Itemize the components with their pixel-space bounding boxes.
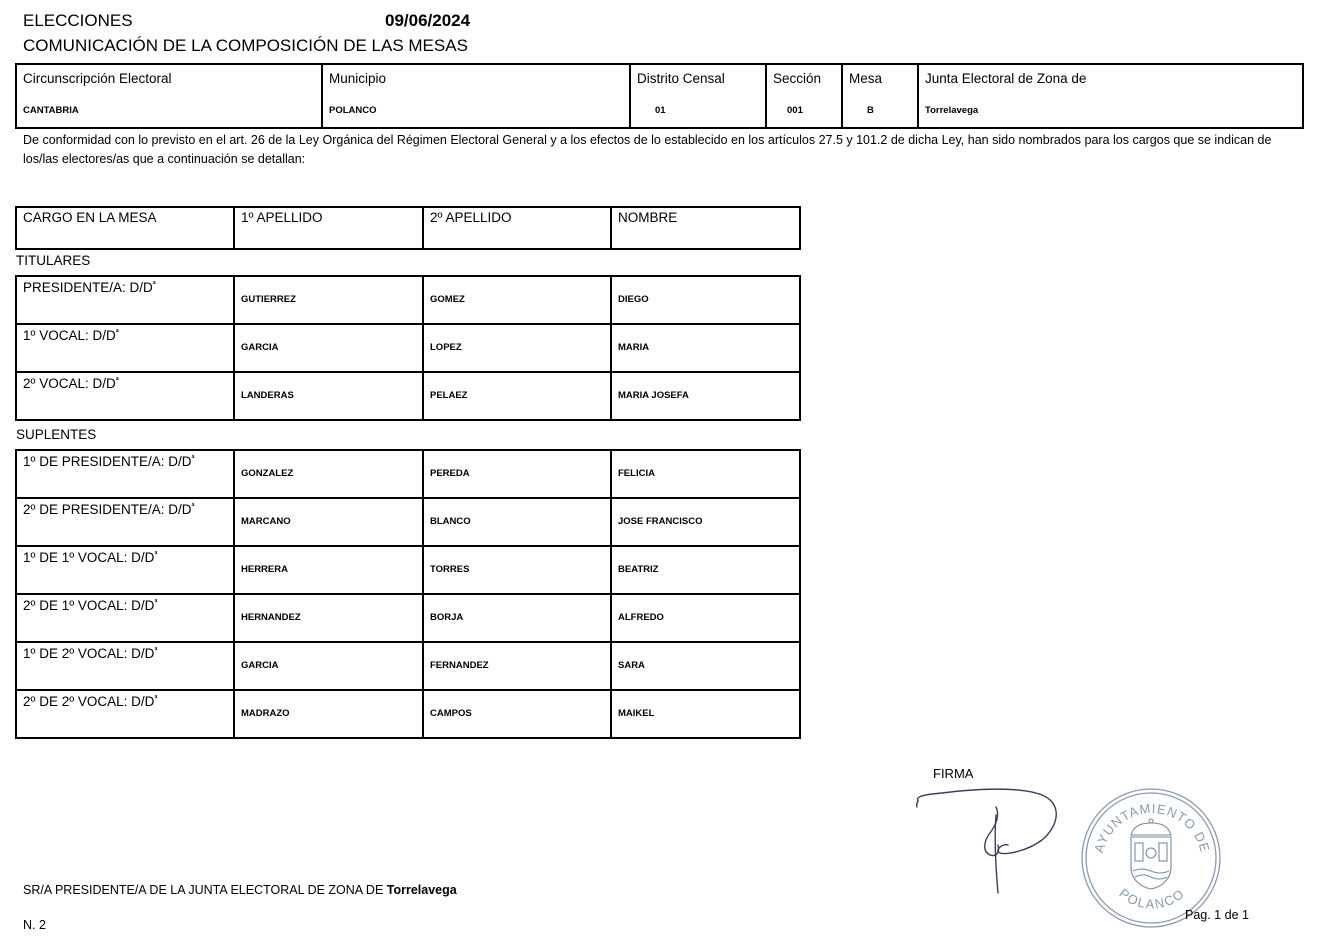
titulares-table: PRESIDENTE/A: D/DªGUTIERREZGOMEZDIEGO1º … — [15, 275, 801, 421]
member-row: 1º DE PRESIDENTE/A: D/DªGONZALEZPEREDAFE… — [16, 450, 800, 498]
apellido2-cell: FERNANDEZ — [423, 642, 611, 690]
document-subtitle: COMUNICACIÓN DE LA COMPOSICIÓN DE LAS ME… — [23, 36, 468, 56]
election-date: 09/06/2024 — [385, 11, 470, 31]
nombre-cell: JOSE FRANCISCO — [611, 498, 800, 546]
suplentes-label: SUPLENTES — [16, 427, 96, 442]
cargo-cell: 2º DE PRESIDENTE/A: D/Dª — [16, 498, 234, 546]
info-mesa: Mesa B — [843, 65, 919, 127]
apellido2-value: BORJA — [430, 612, 463, 623]
apellido2-cell: PELAEZ — [423, 372, 611, 420]
nombre-value: SARA — [618, 660, 645, 671]
nombre-value: MAIKEL — [618, 708, 654, 719]
nombre-value: BEATRIZ — [618, 564, 658, 575]
cargo-cell: 1º DE PRESIDENTE/A: D/Dª — [16, 450, 234, 498]
apellido1-cell: GARCIA — [234, 324, 423, 372]
apellido2-cell: BORJA — [423, 594, 611, 642]
member-row: 1º DE 2º VOCAL: D/DªGARCIAFERNANDEZSARA — [16, 642, 800, 690]
member-row: 1º VOCAL: D/DªGARCIALOPEZMARIA — [16, 324, 800, 372]
nombre-cell: MARIA — [611, 324, 800, 372]
cargo-cell: PRESIDENTE/A: D/Dª — [16, 276, 234, 324]
apellido2-value: GOMEZ — [430, 294, 465, 305]
addressee-zone: Torrelavega — [387, 883, 457, 897]
cargo-cell: 2º DE 1º VOCAL: D/Dª — [16, 594, 234, 642]
apellido2-value: FERNANDEZ — [430, 660, 489, 671]
nombre-value: JOSE FRANCISCO — [618, 516, 702, 527]
firma-label: FIRMA — [933, 766, 973, 781]
apellido1-value: MARCANO — [241, 516, 291, 527]
nombre-cell: BEATRIZ — [611, 546, 800, 594]
circunscripcion-label: Circunscripción Electoral — [23, 71, 172, 86]
apellido2-cell: TORRES — [423, 546, 611, 594]
cargo-label: 2º DE 2º VOCAL: D/Dª — [23, 694, 157, 709]
apellido2-cell: CAMPOS — [423, 690, 611, 738]
seccion-value: 001 — [787, 105, 803, 116]
apellido2-value: PELAEZ — [430, 390, 467, 401]
nombre-cell: ALFREDO — [611, 594, 800, 642]
apellido2-value: CAMPOS — [430, 708, 472, 719]
apellido1-value: GARCIA — [241, 342, 278, 353]
header-cargo: CARGO EN LA MESA — [16, 207, 234, 249]
apellido2-value: TORRES — [430, 564, 469, 575]
nombre-cell: FELICIA — [611, 450, 800, 498]
nombre-cell: DIEGO — [611, 276, 800, 324]
cargo-label: 1º DE PRESIDENTE/A: D/Dª — [23, 454, 194, 469]
member-row: 2º DE PRESIDENTE/A: D/DªMARCANOBLANCOJOS… — [16, 498, 800, 546]
header-nombre: NOMBRE — [611, 207, 800, 249]
apellido1-value: LANDERAS — [241, 390, 294, 401]
nombre-value: MARIA JOSEFA — [618, 390, 689, 401]
columns-header-table: CARGO EN LA MESA 1º APELLIDO 2º APELLIDO… — [15, 206, 801, 250]
apellido1-cell: HERRERA — [234, 546, 423, 594]
info-seccion: Sección 001 — [767, 65, 843, 127]
cargo-label: 2º DE PRESIDENTE/A: D/Dª — [23, 502, 194, 517]
member-row: 2º DE 2º VOCAL: D/DªMADRAZOCAMPOSMAIKEL — [16, 690, 800, 738]
apellido2-cell: BLANCO — [423, 498, 611, 546]
nombre-value: FELICIA — [618, 468, 655, 479]
apellido2-value: PEREDA — [430, 468, 470, 479]
page-number: Pag. 1 de 1 — [1185, 908, 1249, 922]
cargo-cell: 2º VOCAL: D/Dª — [16, 372, 234, 420]
header-apellido2: 2º APELLIDO — [423, 207, 611, 249]
distrito-value: 01 — [655, 105, 666, 116]
member-row: 2º DE 1º VOCAL: D/DªHERNANDEZBORJAALFRED… — [16, 594, 800, 642]
suplentes-table: 1º DE PRESIDENTE/A: D/DªGONZALEZPEREDAFE… — [15, 449, 801, 739]
apellido1-value: HERRERA — [241, 564, 288, 575]
member-row: 1º DE 1º VOCAL: D/DªHERRERATORRESBEATRIZ — [16, 546, 800, 594]
cargo-label: PRESIDENTE/A: D/Dª — [23, 280, 156, 295]
mesa-label: Mesa — [849, 71, 882, 86]
svg-text:POLANCO: POLANCO — [1116, 885, 1187, 911]
signature-icon — [912, 785, 1072, 900]
cargo-label: 2º DE 1º VOCAL: D/Dª — [23, 598, 157, 613]
cargo-label: 2º VOCAL: D/Dª — [23, 376, 119, 391]
info-circunscripcion: Circunscripción Electoral CANTABRIA — [17, 65, 323, 127]
junta-label: Junta Electoral de Zona de — [925, 71, 1086, 86]
circunscripcion-value: CANTABRIA — [23, 105, 79, 116]
apellido1-value: HERNANDEZ — [241, 612, 301, 623]
apellido1-value: GARCIA — [241, 660, 278, 671]
distrito-label: Distrito Censal — [637, 71, 725, 86]
apellido2-cell: LOPEZ — [423, 324, 611, 372]
apellido2-cell: PEREDA — [423, 450, 611, 498]
apellido2-value: LOPEZ — [430, 342, 462, 353]
apellido1-value: MADRAZO — [241, 708, 290, 719]
member-row: 2º VOCAL: D/DªLANDERASPELAEZMARIA JOSEFA — [16, 372, 800, 420]
apellido1-cell: MARCANO — [234, 498, 423, 546]
info-distrito: Distrito Censal 01 — [631, 65, 767, 127]
cargo-cell: 1º VOCAL: D/Dª — [16, 324, 234, 372]
junta-value: Torrelavega — [925, 105, 978, 116]
apellido1-cell: GONZALEZ — [234, 450, 423, 498]
mesa-value: B — [867, 105, 874, 116]
nombre-value: DIEGO — [618, 294, 649, 305]
nombre-cell: MARIA JOSEFA — [611, 372, 800, 420]
cargo-label: 1º DE 2º VOCAL: D/Dª — [23, 646, 157, 661]
nombre-cell: SARA — [611, 642, 800, 690]
nombre-value: MARIA — [618, 342, 649, 353]
cargo-label: 1º VOCAL: D/Dª — [23, 328, 119, 343]
apellido1-value: GUTIERREZ — [241, 294, 296, 305]
apellido1-cell: MADRAZO — [234, 690, 423, 738]
apellido1-cell: GARCIA — [234, 642, 423, 690]
apellido1-value: GONZALEZ — [241, 468, 293, 479]
apellido1-cell: LANDERAS — [234, 372, 423, 420]
intro-paragraph: De conformidad con lo previsto en el art… — [23, 131, 1293, 169]
nombre-value: ALFREDO — [618, 612, 664, 623]
member-row: PRESIDENTE/A: D/DªGUTIERREZGOMEZDIEGO — [16, 276, 800, 324]
document-title: ELECCIONES — [23, 11, 133, 31]
titulares-label: TITULARES — [16, 253, 90, 268]
apellido2-value: BLANCO — [430, 516, 471, 527]
apellido2-cell: GOMEZ — [423, 276, 611, 324]
municipio-label: Municipio — [329, 71, 386, 86]
info-table: Circunscripción Electoral CANTABRIA Muni… — [15, 63, 1304, 129]
cargo-label: 1º DE 1º VOCAL: D/Dª — [23, 550, 157, 565]
addressee: SR/A PRESIDENTE/A DE LA JUNTA ELECTORAL … — [23, 883, 457, 897]
document-number: N. 2 — [23, 918, 46, 932]
municipio-value: POLANCO — [329, 105, 377, 116]
info-municipio: Municipio POLANCO — [323, 65, 631, 127]
seccion-label: Sección — [773, 71, 821, 86]
header-apellido1: 1º APELLIDO — [234, 207, 423, 249]
apellido1-cell: GUTIERREZ — [234, 276, 423, 324]
cargo-cell: 1º DE 2º VOCAL: D/Dª — [16, 642, 234, 690]
cargo-cell: 2º DE 2º VOCAL: D/Dª — [16, 690, 234, 738]
addressee-prefix: SR/A PRESIDENTE/A DE LA JUNTA ELECTORAL … — [23, 883, 387, 897]
info-junta: Junta Electoral de Zona de Torrelavega — [919, 65, 1302, 127]
apellido1-cell: HERNANDEZ — [234, 594, 423, 642]
cargo-cell: 1º DE 1º VOCAL: D/Dª — [16, 546, 234, 594]
nombre-cell: MAIKEL — [611, 690, 800, 738]
